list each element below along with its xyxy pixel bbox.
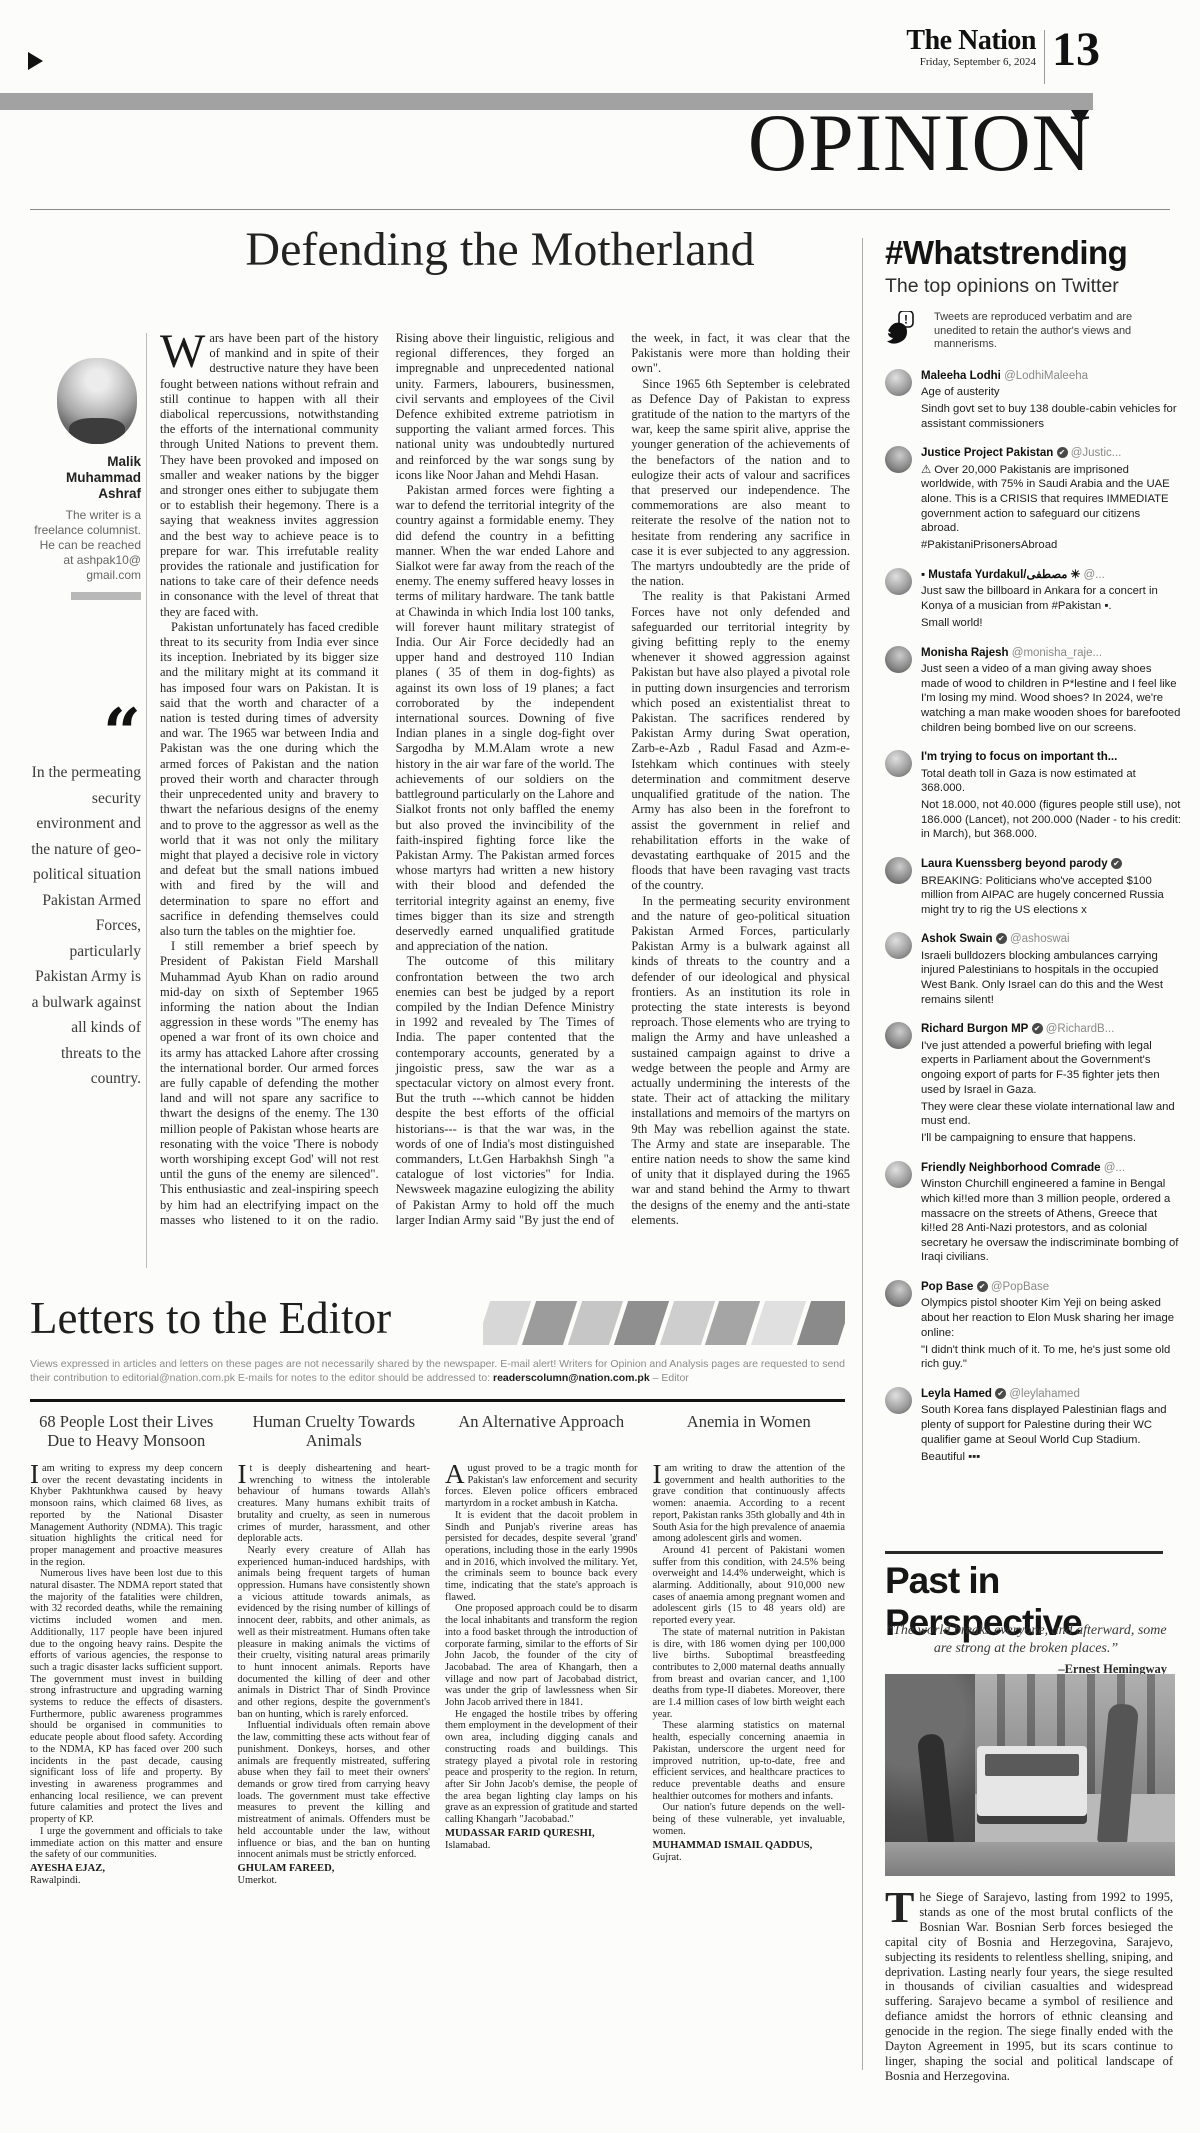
tweet-line: Israeli bulldozers blocking ambulances c…: [921, 949, 1181, 1007]
letter-paragraph: Around 41 percent of Pakistani women suf…: [653, 1545, 846, 1627]
letter-body: I am writing to draw the attention of th…: [653, 1463, 846, 1838]
tweet-line: Sindh govt set to buy 138 double-cabin v…: [921, 402, 1181, 431]
letter-city: Rawalpindi.: [30, 1875, 223, 1887]
tweet-line: Just seen a video of a man giving away s…: [921, 662, 1181, 735]
drop-cap: W: [160, 331, 209, 370]
tweet-handle: @PopBase: [991, 1281, 1049, 1293]
tweet: Pop Base ✔ @PopBase Olympics pistol shoo…: [885, 1280, 1181, 1372]
tweet-author: I'm trying to focus on important th...: [921, 751, 1117, 763]
tweet-author: Maleeha Lodhi: [921, 370, 1001, 382]
section-title: OPINION: [748, 100, 1092, 185]
tweet-handle: @RichardB...: [1046, 1023, 1115, 1035]
avatar: [885, 1280, 912, 1307]
letter-signature: MUDASSAR FARID QURESHI,: [445, 1827, 638, 1840]
letters-disclaimer: Views expressed in articles and letters …: [30, 1358, 845, 1385]
verified-icon: ✔: [996, 933, 1007, 944]
tweet-text: Just seen a video of a man giving away s…: [921, 662, 1181, 735]
avatar: [885, 1387, 912, 1414]
header-rule: [30, 209, 1170, 210]
drop-cap: I: [30, 1463, 42, 1485]
letter: 68 People Lost their Lives Due to Heavy …: [30, 1412, 223, 1887]
letter-paragraph: He engaged the hostile tribes by offerin…: [445, 1709, 638, 1826]
photo-ground: [885, 1842, 1175, 1876]
tweet-line: Not 18.000, not 40.000 (figures people s…: [921, 798, 1181, 842]
letter-paragraph: Our nation's future depends on the well-…: [653, 1802, 846, 1837]
tweet-line: Total death toll in Gaza is now estimate…: [921, 767, 1181, 796]
twitter-bird-icon: !: [885, 311, 925, 350]
avatar: [885, 369, 912, 396]
tweet: Leyla Hamed ✔ @leylahamed South Korea fa…: [885, 1387, 1181, 1464]
letter-paragraph: August proved to be a tragic month for P…: [445, 1463, 638, 1510]
letter-body: I am writing to express my deep concern …: [30, 1463, 223, 1861]
masthead: The Nation Friday, September 6, 2024: [840, 26, 1036, 69]
author-sidebar: Malik Muhammad Ashraf The writer is a fr…: [30, 358, 141, 1092]
tweet-text: Just saw the billboard in Ankara for a c…: [921, 584, 1181, 630]
author-bio: The writer is a freelance columnist. He …: [30, 508, 141, 583]
tweet-handle: @ashoswai: [1010, 933, 1070, 945]
letters-rule: [30, 1399, 845, 1402]
tweet-line: "I didn't think much of it. To me, he's …: [921, 1343, 1181, 1372]
header-stripe: [797, 1301, 845, 1345]
pip-rule: [885, 1551, 1163, 1554]
letter-paragraph: I am writing to draw the attention of th…: [653, 1463, 846, 1545]
letters-disclaimer-suffix: – Editor: [650, 1372, 689, 1384]
letter-body: It is deeply disheartening and heart-wre…: [238, 1463, 431, 1861]
letters-stripes: [483, 1301, 845, 1345]
pip-photo: [885, 1674, 1175, 1876]
pip-body: The Siege of Sarajevo, lasting from 1992…: [885, 1890, 1173, 2084]
article-paragraph: Wars have been part of the history of ma…: [160, 331, 379, 620]
letter-paragraph: It is evident that the dacoit problem in…: [445, 1510, 638, 1604]
letters-grid: 68 People Lost their Lives Due to Heavy …: [30, 1412, 845, 1887]
author-photo: [57, 358, 137, 444]
letter-paragraph: Numerous lives have been lost due to thi…: [30, 1568, 223, 1825]
whatstrending-rail: #Whatstrending The top opinions on Twitt…: [885, 236, 1181, 1479]
avatar: [885, 1022, 912, 1049]
sidebar-divider: [146, 333, 147, 1268]
tweet: Laura Kuenssberg beyond parody ✔ BREAKIN…: [885, 857, 1181, 917]
tweet-line: South Korea fans displayed Palestinian f…: [921, 1403, 1181, 1447]
tweet: Richard Burgon MP ✔ @RichardB... I've ju…: [885, 1022, 1181, 1146]
letter-paragraph: One proposed approach could be to disarm…: [445, 1603, 638, 1708]
tweet-line: #PakistaniPrisonersAbroad: [921, 538, 1181, 553]
tweet-handle: @LodhiMaleeha: [1004, 370, 1088, 382]
tweet-handle: @Justic...: [1071, 447, 1122, 459]
tweet-line: Winston Churchill engineered a famine in…: [921, 1177, 1181, 1265]
tweet-line: Olympics pistol shooter Kim Yeji on bein…: [921, 1296, 1181, 1340]
drop-cap: I: [653, 1463, 665, 1485]
quote-mark-icon: “: [30, 718, 141, 748]
letter-paragraph: These alarming statistics on maternal he…: [653, 1720, 846, 1802]
tweet: Maleeha Lodhi @LodhiMaleeha Age of auste…: [885, 369, 1181, 432]
drop-cap: I: [238, 1463, 250, 1485]
header-stripe: [522, 1301, 577, 1345]
letter-city: Gujrat.: [653, 1852, 846, 1864]
whatstrending-disclaimer: Tweets are reproduced verbatim and are u…: [934, 311, 1166, 352]
tweet-list: Maleeha Lodhi @LodhiMaleeha Age of auste…: [885, 369, 1181, 1465]
tweet-text: Age of austeritySindh govt set to buy 13…: [921, 385, 1181, 431]
author-name: Malik Muhammad Ashraf: [30, 454, 141, 502]
tweet: I'm trying to focus on important th... T…: [885, 750, 1181, 842]
avatar: [885, 857, 912, 884]
letter-paragraph: It is deeply disheartening and heart-wre…: [238, 1463, 431, 1545]
tweet: Monisha Rajesh @monisha_raje... Just see…: [885, 646, 1181, 735]
letter: Anemia in Women I am writing to draw the…: [653, 1412, 846, 1887]
newspaper-page: The Nation Friday, September 6, 2024 13 …: [0, 0, 1200, 2133]
page-number: 13: [1052, 22, 1100, 77]
header-stripe: [568, 1301, 623, 1345]
tweet-handle: @...: [1084, 569, 1105, 581]
tweet-text: Winston Churchill engineered a famine in…: [921, 1177, 1181, 1265]
issue-date: Friday, September 6, 2024: [840, 56, 1036, 69]
article-paragraph: Pakistan armed forces were fighting a wa…: [396, 483, 615, 954]
tweet-author: ▪ Mustafa Yurdakul/مصطفى ✳: [921, 569, 1080, 581]
letter-signature: MUHAMMAD ISMAIL QADDUS,: [653, 1839, 846, 1852]
article-paragraph: In the permeating security environment a…: [631, 894, 850, 1228]
verified-icon: ✔: [977, 1281, 988, 1292]
letters-email: readerscolumn@nation.com.pk: [493, 1372, 650, 1384]
drop-cap: T: [885, 1890, 919, 1925]
avatar: [885, 1161, 912, 1188]
letter-paragraph: The state of maternal nutrition in Pakis…: [653, 1627, 846, 1721]
tweet-text: Israeli bulldozers blocking ambulances c…: [921, 949, 1181, 1007]
letter-headline: 68 People Lost their Lives Due to Heavy …: [30, 1412, 223, 1452]
tweet-line: Age of austerity: [921, 385, 1181, 400]
svg-text:!: !: [904, 313, 908, 327]
letters-disclaimer-text: Views expressed in articles and letters …: [30, 1358, 845, 1384]
letter-signature: GHULAM FAREED,: [238, 1862, 431, 1875]
article-title: Defending the Motherland: [110, 222, 890, 277]
whatstrending-title: #Whatstrending: [885, 236, 1181, 270]
tweet-text: South Korea fans displayed Palestinian f…: [921, 1403, 1181, 1464]
header-stripe: [613, 1301, 668, 1345]
tweet-author: Ashok Swain: [921, 933, 993, 945]
pip-quote-text: “The world breaks everyone, and afterwar…: [885, 1623, 1166, 1656]
letter-city: Umerkot.: [238, 1875, 431, 1887]
tweet-author: Friendly Neighborhood Comrade: [921, 1162, 1101, 1174]
tweet-text: BREAKING: Politicians who've accepted $1…: [921, 874, 1181, 918]
rail-divider: [862, 238, 863, 2070]
letter: Human Cruelty Towards Animals It is deep…: [238, 1412, 431, 1887]
pip-quote: “The world breaks everyone, and afterwar…: [885, 1622, 1167, 1678]
letters-title: Letters to the Editor: [30, 1292, 391, 1344]
pull-quote: In the permeating security environment a…: [30, 760, 141, 1092]
tweet-author: Pop Base: [921, 1281, 973, 1293]
article-paragraph: Pakistan unfortunately has faced credibl…: [160, 620, 379, 939]
tweet-author: Laura Kuenssberg beyond parody: [921, 858, 1108, 870]
corner-marker-icon: [28, 52, 43, 70]
tweet: Justice Project Pakistan ✔ @Justic... ⚠ …: [885, 446, 1181, 553]
letter-headline: An Alternative Approach: [445, 1412, 638, 1452]
avatar: [885, 568, 912, 595]
letter-paragraph: Influential individuals often remain abo…: [238, 1720, 431, 1860]
tweet-text: Total death toll in Gaza is now estimate…: [921, 767, 1181, 842]
tweet: Friendly Neighborhood Comrade @... Winst…: [885, 1161, 1181, 1265]
letter: An Alternative Approach August proved to…: [445, 1412, 638, 1887]
letter-paragraph: I am writing to express my deep concern …: [30, 1463, 223, 1568]
tweet-line: Just saw the billboard in Ankara for a c…: [921, 584, 1181, 613]
tweet-handle: @...: [1104, 1162, 1125, 1174]
letter-headline: Anemia in Women: [653, 1412, 846, 1452]
masthead-divider: [1044, 30, 1045, 84]
sidebar-bar: [71, 592, 141, 600]
avatar: [885, 446, 912, 473]
tweet-line: They were clear these violate internatio…: [921, 1100, 1181, 1129]
letter-city: Islamabad.: [445, 1840, 638, 1852]
letter-paragraph: Nearly every creature of Allah has exper…: [238, 1545, 431, 1721]
letter-headline: Human Cruelty Towards Animals: [238, 1412, 431, 1452]
article-paragraph: The reality is that Pakistani Armed Forc…: [631, 589, 850, 893]
photo-truck: [977, 1746, 1087, 1816]
tweet-line: BREAKING: Politicians who've accepted $1…: [921, 874, 1181, 918]
letter-paragraph: I urge the government and officials to t…: [30, 1826, 223, 1861]
pip-paragraph: The Siege of Sarajevo, lasting from 1992…: [885, 1890, 1173, 2084]
letter-signature: AYESHA EJAZ,: [30, 1862, 223, 1875]
tweet-line: I've just attended a powerful briefing w…: [921, 1039, 1181, 1097]
tweet-author: Leyla Hamed: [921, 1388, 992, 1400]
tweet-line: ⚠ Over 20,000 Pakistanis are imprisoned …: [921, 463, 1181, 536]
verified-icon: ✔: [1032, 1023, 1043, 1034]
whatstrending-subtitle: The top opinions on Twitter: [885, 275, 1181, 298]
verified-icon: ✔: [995, 1388, 1006, 1399]
tweet-text: I've just attended a powerful briefing w…: [921, 1039, 1181, 1146]
tweet: Ashok Swain ✔ @ashoswai Israeli bulldoze…: [885, 932, 1181, 1007]
drop-cap: A: [445, 1463, 468, 1485]
article-body: Wars have been part of the history of ma…: [160, 331, 850, 1271]
tweet-line: I'll be campaigning to ensure that happe…: [921, 1131, 1181, 1146]
tweet-author: Justice Project Pakistan: [921, 447, 1053, 459]
newspaper-brand: The Nation: [840, 26, 1036, 56]
tweet-handle: @monisha_raje...: [1012, 647, 1102, 659]
avatar: [885, 932, 912, 959]
tweet-author: Richard Burgon MP: [921, 1023, 1028, 1035]
verified-icon: ✔: [1111, 858, 1122, 869]
tweet-author: Monisha Rajesh: [921, 647, 1009, 659]
article-paragraph: Since 1965 6th September is celebrated a…: [631, 377, 850, 590]
tweet-line: Beautiful ▪▪▪: [921, 1450, 1181, 1465]
verified-icon: ✔: [1057, 447, 1068, 458]
tweet-line: Small world!: [921, 616, 1181, 631]
tweet: ▪ Mustafa Yurdakul/مصطفى ✳ @... Just saw…: [885, 568, 1181, 631]
avatar: [885, 750, 912, 777]
tweet-text: Olympics pistol shooter Kim Yeji on bein…: [921, 1296, 1181, 1371]
tweet-handle: @leylahamed: [1009, 1388, 1080, 1400]
tweet-text: ⚠ Over 20,000 Pakistanis are imprisoned …: [921, 463, 1181, 553]
avatar: [885, 646, 912, 673]
letter-body: August proved to be a tragic month for P…: [445, 1463, 638, 1826]
